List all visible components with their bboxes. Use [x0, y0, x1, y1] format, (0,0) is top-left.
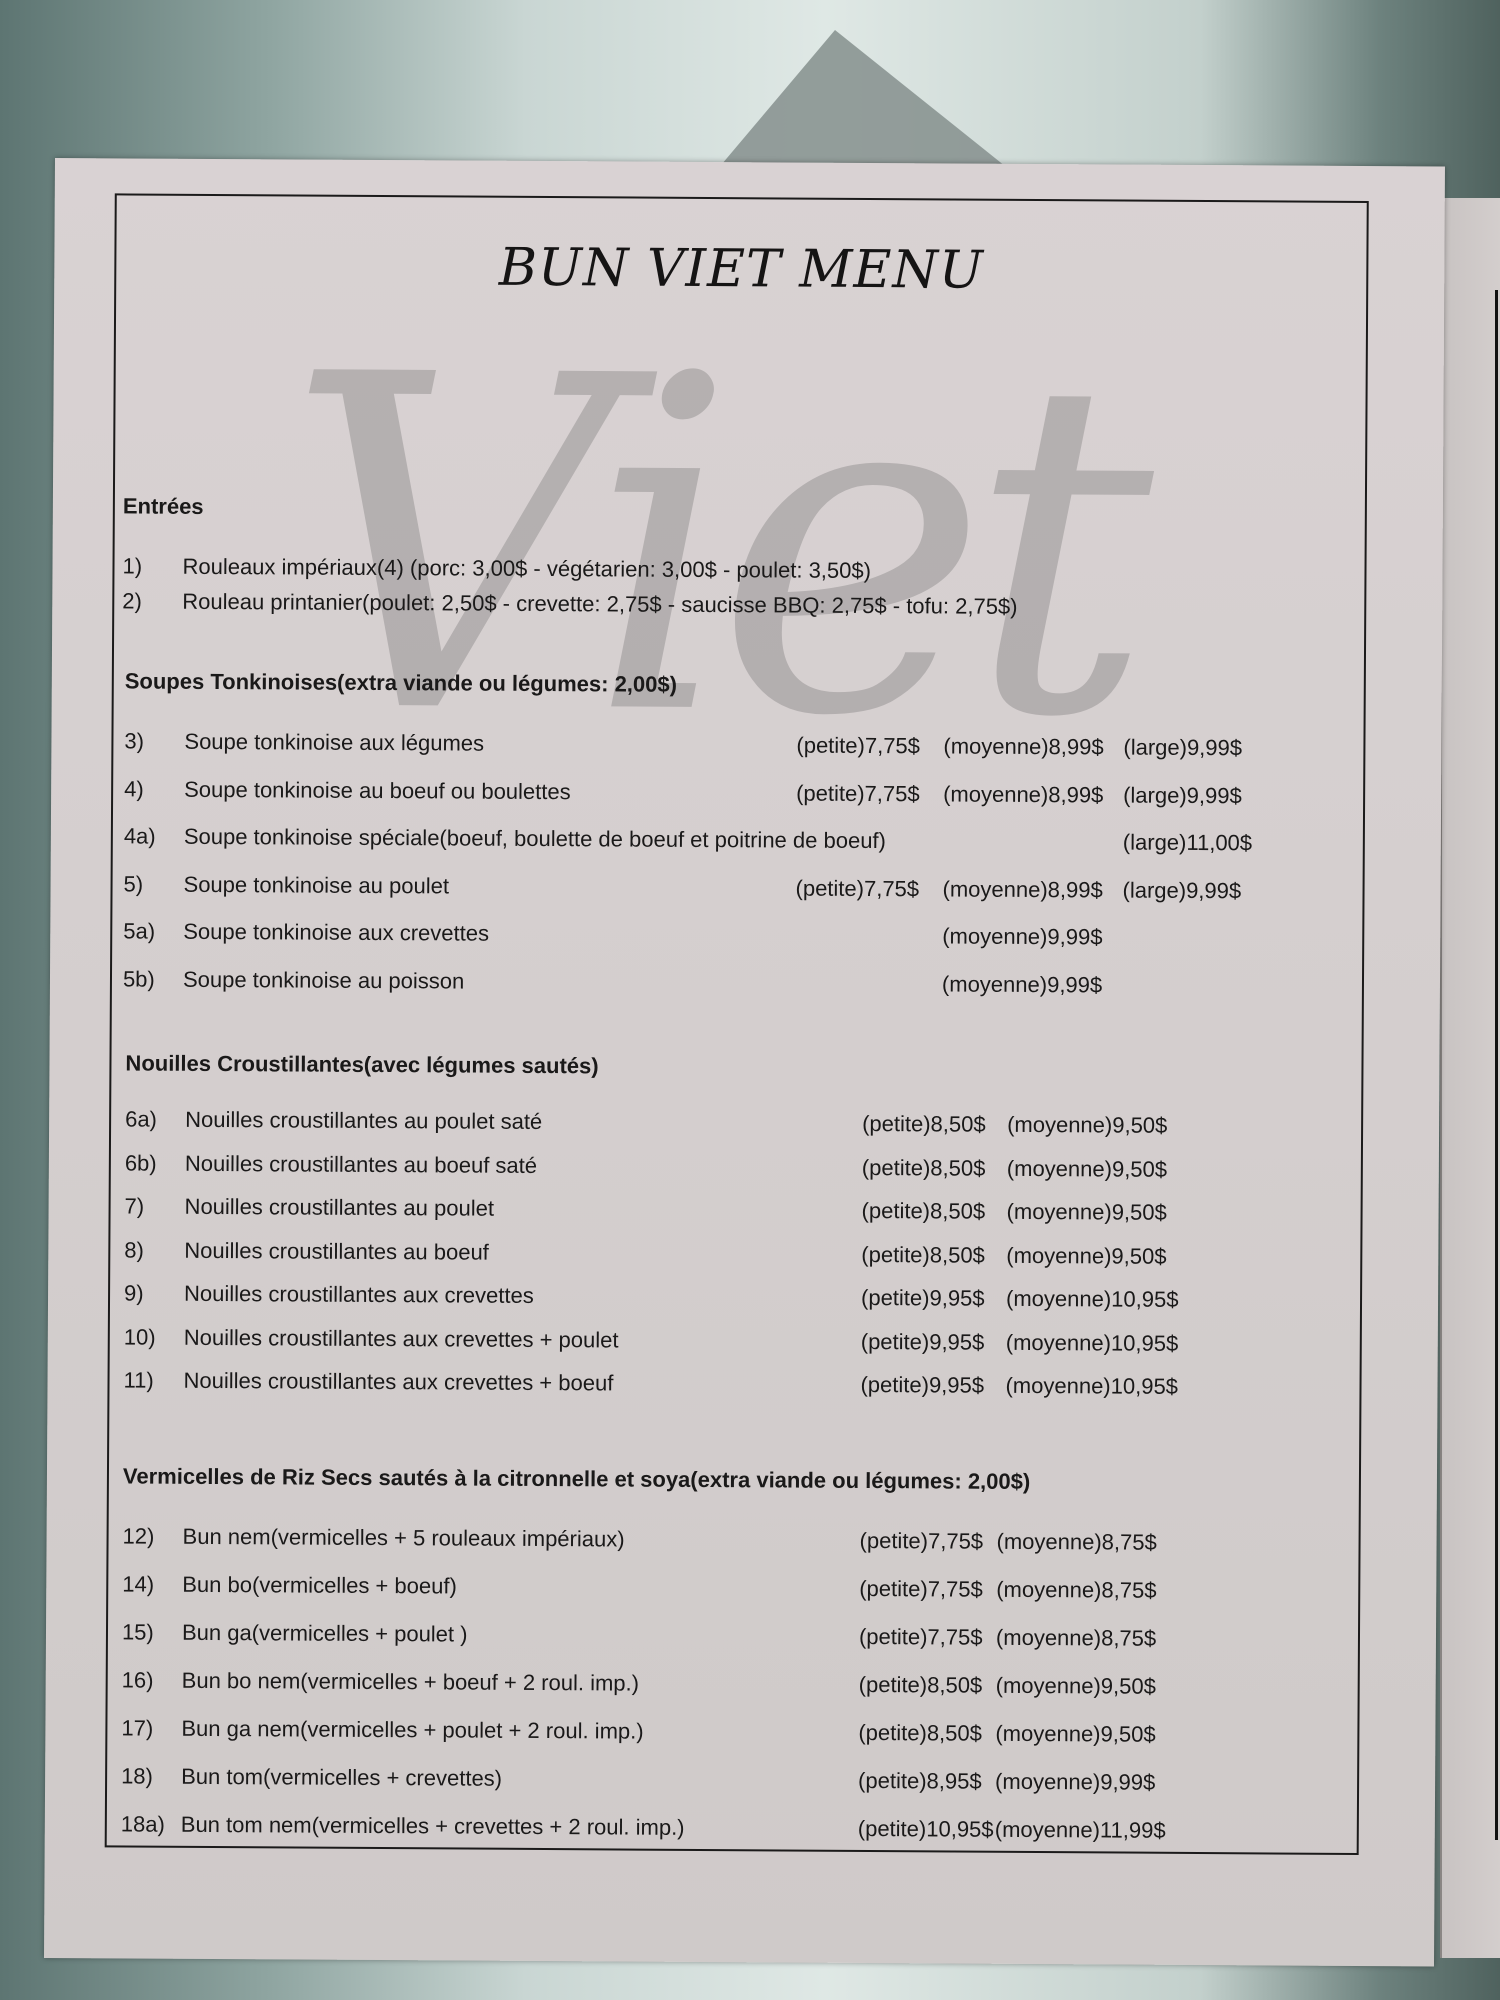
price-petite: (petite)8,50$: [858, 1720, 982, 1747]
price-moyenne: (moyenne)9,50$: [995, 1721, 1155, 1748]
item-number: 10): [124, 1324, 184, 1350]
item-number: 18): [121, 1763, 181, 1789]
price-petite: (petite)7,75$: [859, 1576, 983, 1603]
price-moyenne: (moyenne)8,99$: [943, 733, 1103, 760]
menu-item: 10)Nouilles croustillantes aux crevettes…: [124, 1324, 619, 1353]
price-petite: (petite)8,95$: [858, 1768, 982, 1795]
price-petite: (petite)8,50$: [862, 1198, 986, 1225]
item-number: 3): [124, 728, 184, 754]
price-petite: (petite)8,50$: [862, 1154, 986, 1181]
price-petite: (petite)9,95$: [861, 1328, 985, 1355]
menu-item: 8)Nouilles croustillantes au boeuf: [124, 1237, 489, 1265]
item-number: 5a): [123, 918, 183, 944]
item-name: Nouilles croustillantes au boeuf: [184, 1237, 489, 1264]
price-large: (large)11,00$: [1123, 830, 1252, 857]
price-petite: (petite)8,50$: [862, 1111, 986, 1138]
price-moyenne: (moyenne)9,99$: [995, 1769, 1155, 1796]
item-name: Nouilles croustillantes aux crevettes + …: [183, 1368, 613, 1396]
item-number: 4a): [124, 823, 184, 849]
price-petite: (petite)8,50$: [861, 1241, 985, 1268]
item-number: 17): [121, 1715, 181, 1741]
price-moyenne: (moyenne)9,50$: [996, 1673, 1156, 1700]
adjacent-page: [1440, 198, 1500, 1958]
price-moyenne: (moyenne)9,50$: [1007, 1112, 1167, 1139]
item-name: Bun ga(vermicelles + poulet ): [182, 1620, 468, 1647]
item-number: 6a): [125, 1106, 185, 1132]
price-moyenne: (moyenne)10,95$: [1006, 1329, 1179, 1356]
section-heading-vermicelles: Vermicelles de Riz Secs sautés à la citr…: [123, 1463, 1030, 1495]
price-petite: (petite)10,95$: [858, 1816, 994, 1843]
item-name: Bun bo(vermicelles + boeuf): [182, 1572, 457, 1599]
section-heading-soupes: Soupes Tonkinoises(extra viande ou légum…: [125, 668, 677, 697]
menu-item: 3)Soupe tonkinoise aux légumes: [124, 728, 484, 756]
price-moyenne: (moyenne)9,50$: [1007, 1155, 1167, 1182]
menu-item: 14)Bun bo(vermicelles + boeuf): [122, 1571, 457, 1599]
price-moyenne: (moyenne)9,50$: [1006, 1242, 1166, 1269]
price-large: (large)9,99$: [1123, 735, 1242, 762]
item-name: Soupe tonkinoise au boeuf ou boulettes: [184, 776, 571, 803]
item-number: 6b): [125, 1150, 185, 1176]
item-number: 11): [123, 1367, 183, 1393]
menu-item: 2)Rouleau printanier(poulet: 2,50$ - cre…: [122, 588, 1017, 619]
item-number: 12): [123, 1523, 183, 1549]
menu-item: 4a)Soupe tonkinoise spéciale(boeuf, boul…: [124, 823, 886, 854]
price-petite: (petite)8,50$: [859, 1672, 983, 1699]
price-petite: (petite)9,95$: [860, 1372, 984, 1399]
menu-item: 12)Bun nem(vermicelles + 5 rouleaux impé…: [123, 1523, 625, 1552]
menu-item: 17)Bun ga nem(vermicelles + poulet + 2 r…: [121, 1715, 643, 1744]
menu-item: 1)Rouleaux impériaux(4) (porc: 3,00$ - v…: [122, 553, 871, 584]
item-name: Soupe tonkinoise spéciale(boeuf, boulett…: [184, 824, 886, 853]
item-name: Nouilles croustillantes au poulet saté: [185, 1107, 542, 1134]
price-moyenne: (moyenne)9,99$: [942, 971, 1102, 998]
menu-item: 11)Nouilles croustillantes aux crevettes…: [123, 1367, 613, 1396]
menu-item: 18)Bun tom(vermicelles + crevettes): [121, 1763, 502, 1791]
section-heading-entrees: Entrées: [123, 493, 204, 519]
price-petite: (petite)9,95$: [861, 1285, 985, 1312]
menu-frame: Viet BUN VIET MENU: [105, 193, 1369, 1855]
item-name: Nouilles croustillantes au boeuf saté: [185, 1150, 537, 1177]
menu-item: 7)Nouilles croustillantes au poulet: [125, 1193, 495, 1221]
adjacent-page-frame: [1495, 290, 1500, 1840]
item-number: 5): [123, 871, 183, 897]
item-number: 15): [122, 1619, 182, 1645]
section-heading-nouilles: Nouilles Croustillantes(avec légumes sau…: [125, 1050, 598, 1079]
item-name: Soupe tonkinoise au poulet: [183, 871, 449, 898]
menu-item: 5)Soupe tonkinoise au poulet: [123, 871, 449, 899]
item-number: 8): [124, 1237, 184, 1263]
menu-item: 16)Bun bo nem(vermicelles + boeuf + 2 ro…: [122, 1667, 639, 1696]
item-name: Bun bo nem(vermicelles + boeuf + 2 roul.…: [182, 1668, 639, 1696]
price-moyenne: (moyenne)8,99$: [943, 781, 1103, 808]
menu-item: 9)Nouilles croustillantes aux crevettes: [124, 1280, 534, 1309]
item-number: 7): [125, 1193, 185, 1219]
price-moyenne: (moyenne)9,50$: [1007, 1199, 1167, 1226]
price-moyenne: (moyenne)10,95$: [1006, 1286, 1179, 1313]
item-name: Nouilles croustillantes au poulet: [185, 1194, 495, 1221]
menu-item: 15)Bun ga(vermicelles + poulet ): [122, 1619, 468, 1647]
menu-page: Viet BUN VIET MENU Entrées 1)Rouleaux im…: [44, 158, 1445, 1966]
price-moyenne: (moyenne)9,99$: [942, 923, 1102, 950]
price-petite: (petite)7,75$: [859, 1624, 983, 1651]
menu-item: 5b)Soupe tonkinoise au poisson: [123, 966, 464, 994]
item-number: 16): [122, 1667, 182, 1693]
price-petite: (petite)7,75$: [796, 780, 920, 807]
item-number: 14): [122, 1571, 182, 1597]
price-large: (large)9,99$: [1123, 782, 1242, 809]
menu-title: BUN VIET MENU: [116, 235, 1366, 303]
item-name: Nouilles croustillantes aux crevettes + …: [184, 1324, 619, 1352]
menu-item: 18a)Bun tom nem(vermicelles + crevettes …: [121, 1811, 685, 1840]
item-name: Soupe tonkinoise aux légumes: [184, 729, 484, 756]
item-name: Nouilles croustillantes aux crevettes: [184, 1281, 534, 1308]
price-moyenne: (moyenne)11,99$: [995, 1817, 1166, 1844]
price-large: (large)9,99$: [1122, 877, 1241, 904]
item-number: 4): [124, 776, 184, 802]
price-moyenne: (moyenne)8,75$: [996, 1577, 1156, 1604]
price-moyenne: (moyenne)8,99$: [942, 876, 1102, 903]
item-name: Soupe tonkinoise aux crevettes: [183, 919, 489, 946]
item-number: 9): [124, 1280, 184, 1306]
price-moyenne: (moyenne)8,75$: [996, 1625, 1156, 1652]
item-number: 18a): [121, 1811, 181, 1837]
menu-item: 6b)Nouilles croustillantes au boeuf saté: [125, 1150, 537, 1179]
menu-item: 6a)Nouilles croustillantes au poulet sat…: [125, 1106, 542, 1135]
price-petite: (petite)7,75$: [795, 875, 919, 902]
price-moyenne: (moyenne)10,95$: [1005, 1373, 1178, 1400]
menu-item: 4)Soupe tonkinoise au boeuf ou boulettes: [124, 776, 571, 805]
item-name: Bun ga nem(vermicelles + poulet + 2 roul…: [181, 1716, 643, 1744]
menu-item: 5a)Soupe tonkinoise aux crevettes: [123, 918, 489, 946]
price-petite: (petite)7,75$: [859, 1528, 983, 1555]
price-moyenne: (moyenne)8,75$: [996, 1529, 1156, 1556]
price-petite: (petite)7,75$: [796, 733, 920, 760]
item-name: Bun tom nem(vermicelles + crevettes + 2 …: [181, 1812, 685, 1840]
item-name: Bun tom(vermicelles + crevettes): [181, 1764, 502, 1791]
item-name: Soupe tonkinoise au poisson: [183, 966, 464, 993]
item-name: Bun nem(vermicelles + 5 rouleaux impéria…: [183, 1524, 625, 1552]
item-number: 5b): [123, 966, 183, 992]
